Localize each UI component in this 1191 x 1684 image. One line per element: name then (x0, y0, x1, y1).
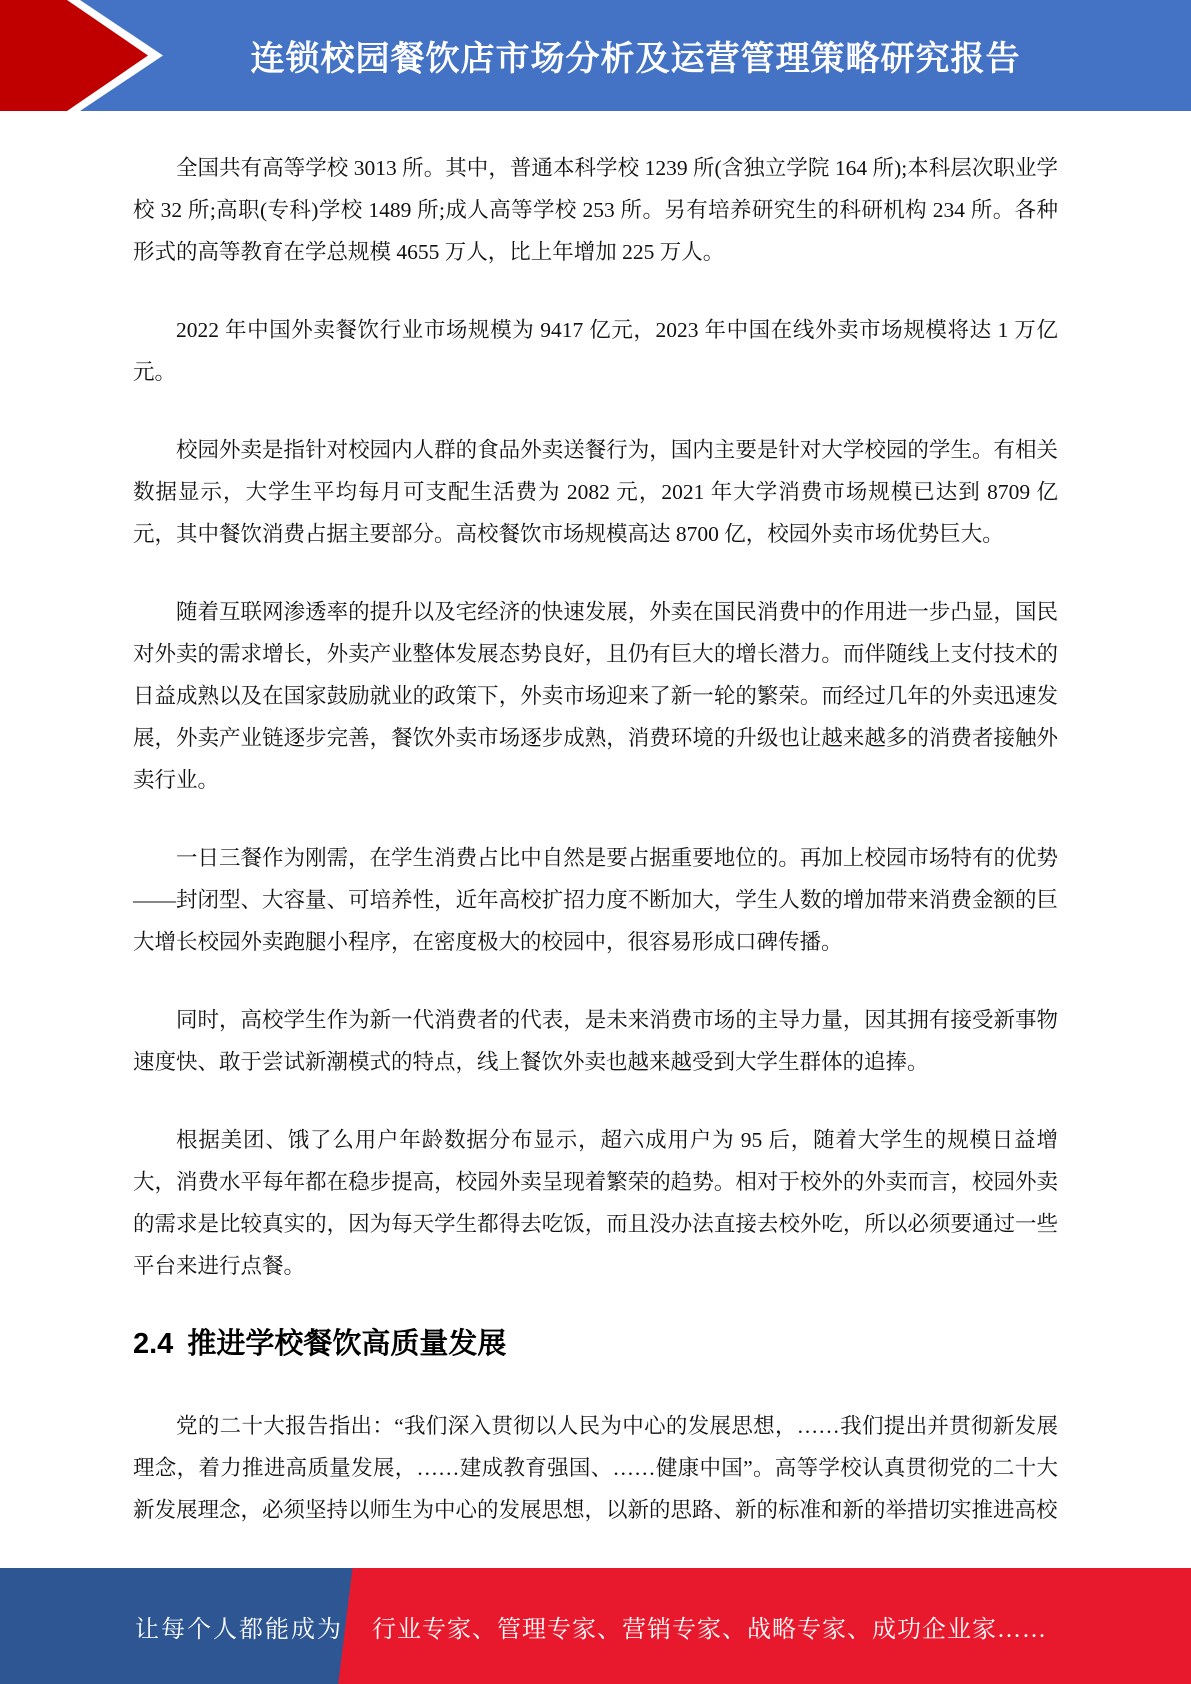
paragraph-5: 一日三餐作为刚需，在学生消费占比中自然是要占据重要地位的。再加上校园市场特有的优… (133, 837, 1058, 963)
section-number: 2.4 (133, 1328, 173, 1360)
section-title: 推进学校餐饮高质量发展 (187, 1328, 506, 1360)
footer-slogan-right: 行业专家、管理专家、营销专家、战略专家、成功企业家…… (372, 1568, 1047, 1684)
footer-slogan-left: 让每个人都能成为 (135, 1568, 343, 1684)
report-page: 连锁校园餐饮店市场分析及运营管理策略研究报告 全国共有高等学校 3013 所。其… (0, 0, 1191, 1684)
report-title: 连锁校园餐饮店市场分析及运营管理策略研究报告 (150, 0, 1121, 111)
paragraph-2: 2022 年中国外卖餐饮行业市场规模为 9417 亿元，2023 年中国在线外卖… (133, 309, 1058, 393)
red-chevron-arrow-icon (0, 0, 170, 111)
paragraph-6: 同时，高校学生作为新一代消费者的代表，是未来消费市场的主导力量，因其拥有接受新事… (133, 999, 1058, 1083)
section-heading: 2.4推进学校餐饮高质量发展 (133, 1323, 1058, 1365)
document-body: 全国共有高等学校 3013 所。其中，普通本科学校 1239 所(含独立学院 1… (133, 111, 1058, 1599)
paragraph-1: 全国共有高等学校 3013 所。其中，普通本科学校 1239 所(含独立学院 1… (133, 147, 1058, 273)
paragraph-4: 随着互联网渗透率的提升以及宅经济的快速发展，外卖在国民消费中的作用进一步凸显，国… (133, 591, 1058, 801)
paragraph-3: 校园外卖是指针对校园内人群的食品外卖送餐行为，国内主要是针对大学校园的学生。有相… (133, 429, 1058, 555)
report-header-banner: 连锁校园餐饮店市场分析及运营管理策略研究报告 (0, 0, 1191, 111)
paragraph-7: 根据美团、饿了么用户年龄数据分布显示，超六成用户为 95 后，随着大学生的规模日… (133, 1119, 1058, 1287)
paragraph-8: 党的二十大报告指出：“我们深入贯彻以人民为中心的发展思想，……我们提出并贯彻新发… (133, 1405, 1058, 1531)
footer-banner: 让每个人都能成为 行业专家、管理专家、营销专家、战略专家、成功企业家…… (0, 1568, 1191, 1684)
